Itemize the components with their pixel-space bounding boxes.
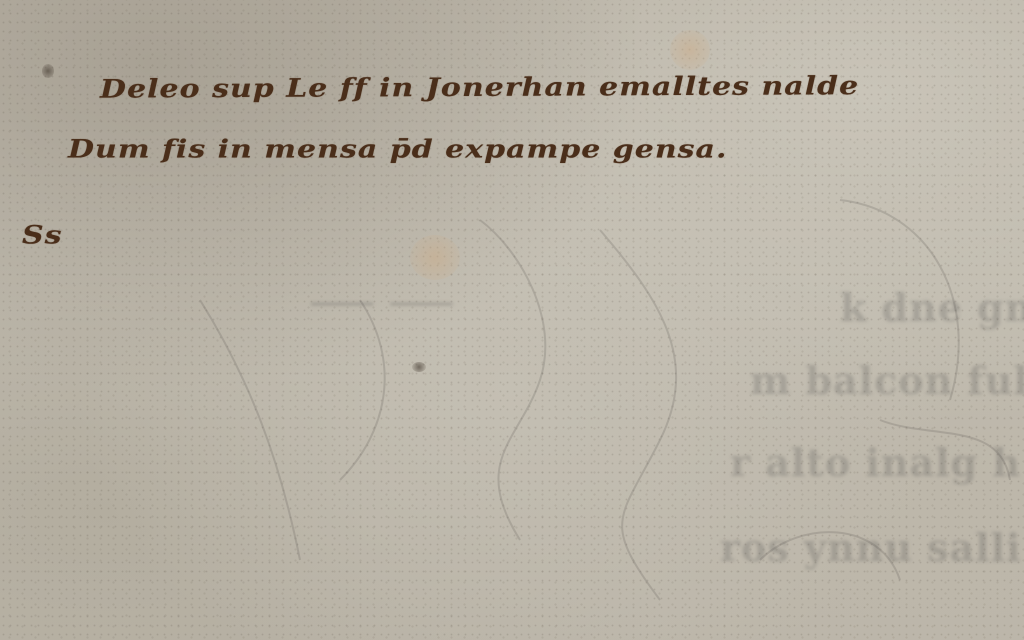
manuscript-page: ⸺ ⸺ k dne gmoro m balcon fulur mn r alto… [0,0,1024,640]
manuscript-line-2: Dum fis in mensa p̄d expampe gensa. [68,135,727,165]
bleed-through-text: ⸺ ⸺ [310,270,455,325]
manuscript-line-1: Deleo sup Le ff in Jonerhan emalltes nal… [100,71,859,104]
manuscript-line-3: Ss [22,221,63,251]
bleed-through-text: r alto inalg h ulu uo [730,440,1024,485]
bleed-through-text: m balcon fulur mn [750,358,1024,403]
bleed-through-text: ros ynnu salli fivi [720,525,1024,570]
bleed-through-text: k dne gmoro [840,285,1024,330]
